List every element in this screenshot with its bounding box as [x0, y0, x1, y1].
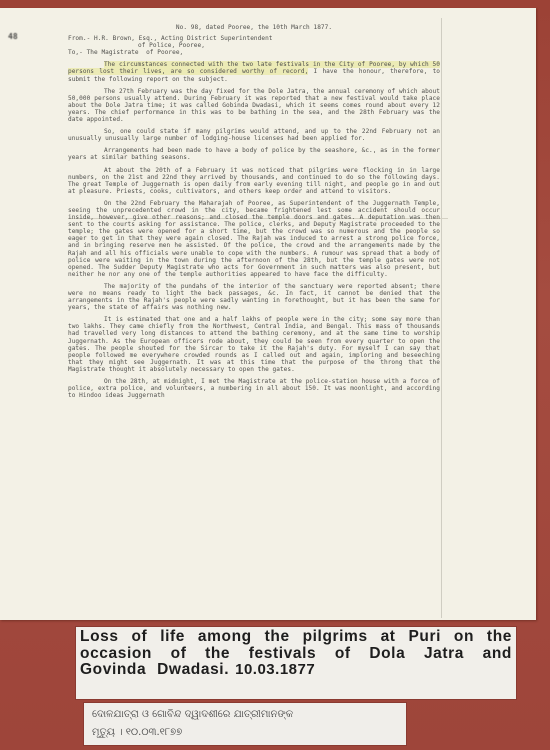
paragraph: On the 28th, at midnight, I met the Magi… [68, 378, 440, 399]
odia-caption-label: ଦୋଳଯାତ୍ରା ଓ ଗୋବିନ୍ଦ ଦ୍ୱାଦଶୀରେ ଯାତ୍ରୀମାନଙ… [84, 703, 406, 745]
odia-caption-line-2: ମୃତ୍ୟୁ । ୧୦.୦୩.୧୮୭୭ [92, 727, 182, 738]
paragraph: It is estimated that one and a half lakh… [68, 316, 440, 373]
letter-reference: No. 98, dated Pooree, the 10th March 187… [68, 24, 440, 31]
headline-date: 10.03.1877 [235, 661, 315, 678]
typewritten-document: 48 No. 98, dated Pooree, the 10th March … [0, 8, 536, 620]
to-line: To,- The Magistrate of Pooree, [68, 49, 440, 56]
paragraph: On the 22nd February the Maharajah of Po… [68, 200, 440, 278]
headline-title: Loss of life among the pilgrims at Puri … [80, 629, 512, 679]
from-line-continued: of Police, Pooree, [68, 42, 440, 49]
headline-label: Loss of life among the pilgrims at Puri … [76, 627, 516, 699]
from-line: From.- H.R. Brown, Esq., Acting District… [68, 35, 440, 42]
paragraph: The circumstances connected with the two… [68, 61, 440, 82]
fold-crease-vertical [441, 18, 442, 618]
document-body: No. 98, dated Pooree, the 10th March 187… [68, 24, 440, 399]
paragraph: Arrangements had been made to have a bod… [68, 147, 440, 161]
paragraph: At about the 20th of a February it was n… [68, 167, 440, 195]
paragraph: So, one could state if many pilgrims wou… [68, 128, 440, 142]
paragraph: The 27th February was the day fixed for … [68, 88, 440, 123]
page-number-mark: 48 [8, 32, 18, 41]
odia-caption-line-1: ଦୋଳଯାତ୍ରା ଓ ଗୋବିନ୍ଦ ଦ୍ୱାଦଶୀରେ ଯାତ୍ରୀମାନଙ… [92, 709, 293, 720]
paragraph: The majority of the pundahs of the inter… [68, 283, 440, 311]
